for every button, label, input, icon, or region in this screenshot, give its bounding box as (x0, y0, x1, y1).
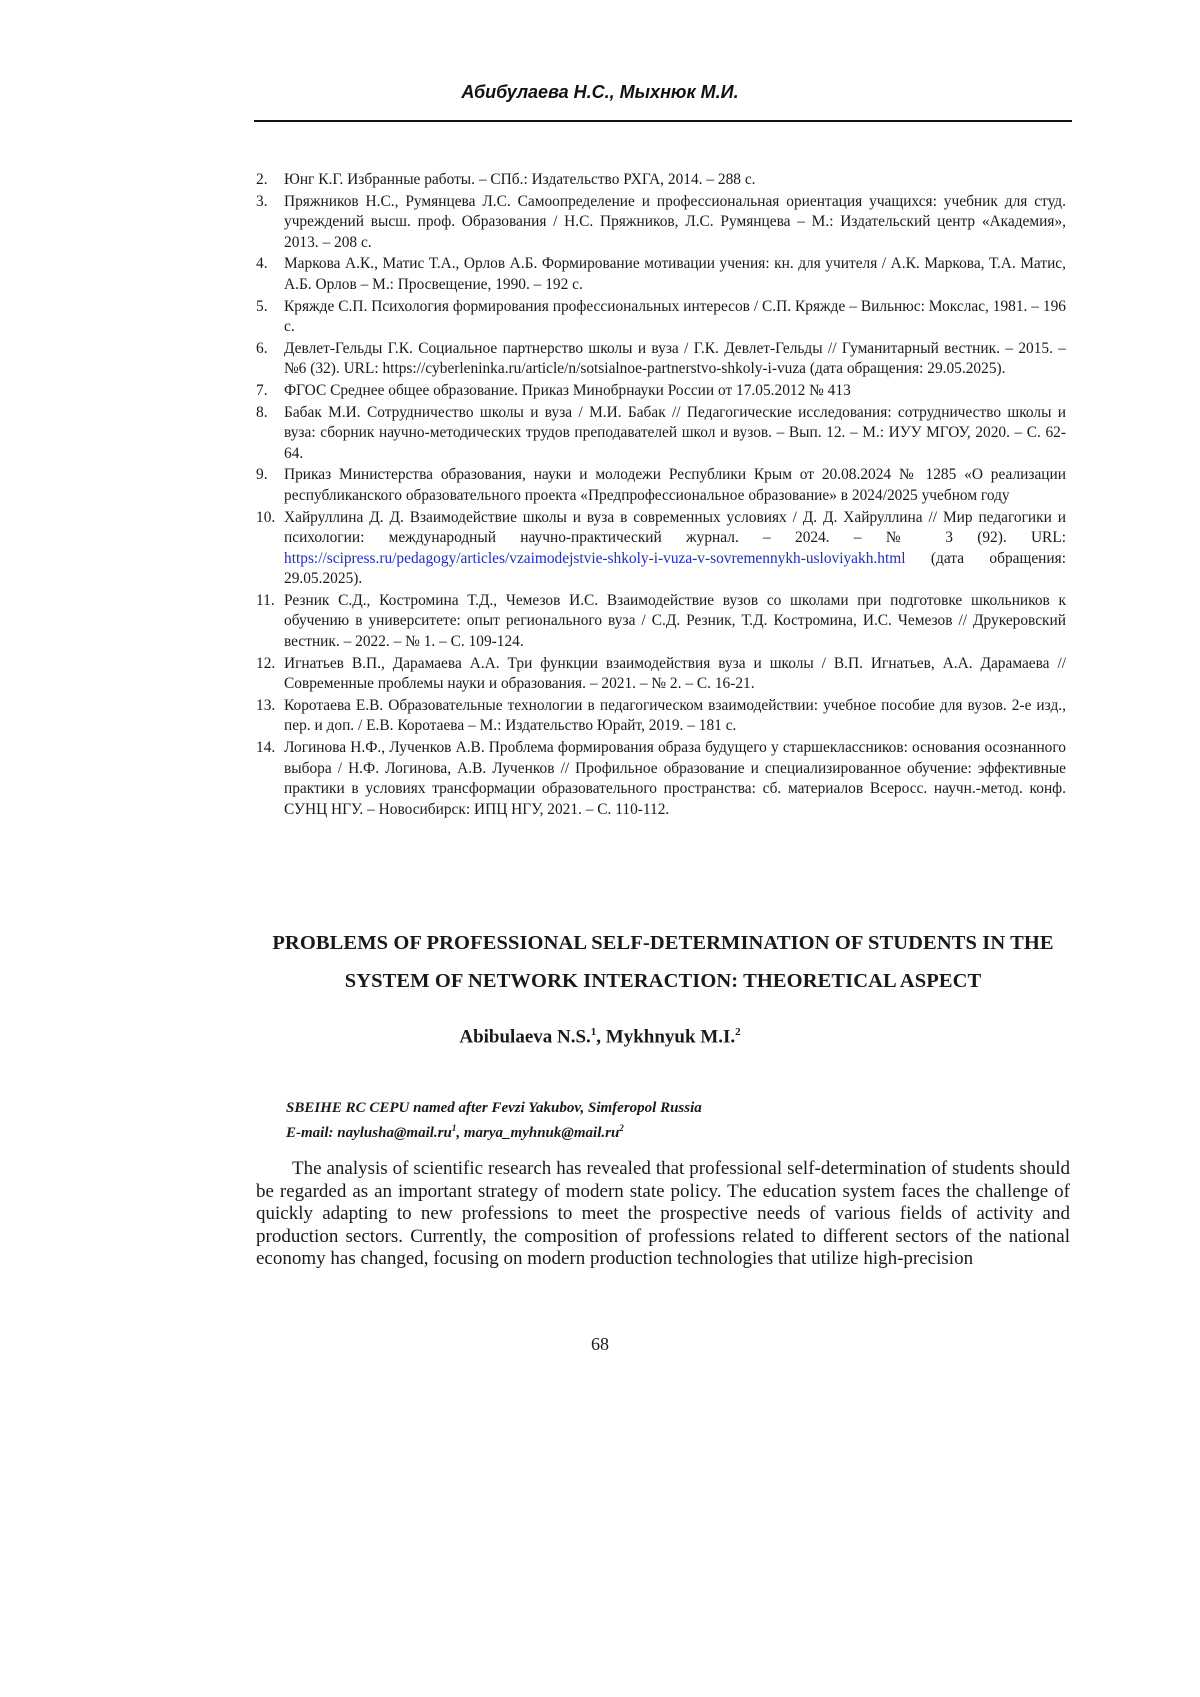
email-1: naylusha@mail.ru (337, 1125, 452, 1141)
reference-url-link[interactable]: https://scipress.ru/pedagogy/articles/vz… (284, 550, 905, 567)
article-title: PROBLEMS OF PROFESSIONAL SELF-DETERMINAT… (254, 924, 1072, 1000)
affiliation: SBEIHE RC CEPU named after Fevzi Yakubov… (286, 1098, 1046, 1118)
reference-item: 3.Пряжников Н.С., Румянцева Л.С. Самоопр… (256, 192, 1066, 254)
reference-item: 9.Приказ Министерства образования, науки… (256, 465, 1066, 506)
reference-item: 2.Юнг К.Г. Избранные работы. – СПб.: Изд… (256, 170, 1066, 191)
running-head: Абибулаева Н.С., Мыхнюк М.И. (0, 82, 1200, 103)
reference-item: 13.Коротаева Е.В. Образовательные технол… (256, 696, 1066, 737)
reference-item: 4.Маркова А.К., Матис Т.А., Орлов А.Б. Ф… (256, 254, 1066, 295)
article-authors: Abibulaeva N.S.1, Mykhnyuk M.I.2 (0, 1026, 1200, 1048)
reference-item: 14.Логинова Н.Ф., Лученков А.В. Проблема… (256, 738, 1066, 820)
reference-item: 5.Кряжде С.П. Психология формирования пр… (256, 297, 1066, 338)
reference-item: 10.Хайруллина Д. Д. Взаимодействие школы… (256, 508, 1066, 590)
reference-item: 11.Резник С.Д., Костромина Т.Д., Чемезов… (256, 591, 1066, 653)
reference-item: 8.Бабак М.И. Сотрудничество школы и вуза… (256, 403, 1066, 465)
reference-list: 2.Юнг К.Г. Избранные работы. – СПб.: Изд… (256, 170, 1066, 821)
reference-item: 12.Игнатьев В.П., Дарамаева А.А. Три фун… (256, 654, 1066, 695)
body-paragraph: The analysis of scientific research has … (256, 1158, 1070, 1271)
header-divider (254, 120, 1072, 122)
reference-item: 7.ФГОС Среднее общее образование. Приказ… (256, 381, 1066, 402)
email-line: E-mail: naylusha@mail.ru1, marya_myhnuk@… (286, 1118, 1046, 1143)
reference-item: 6.Девлет-Гельды Г.К. Социальное партнерс… (256, 339, 1066, 380)
page-number: 68 (0, 1334, 1200, 1355)
affiliation-block: SBEIHE RC CEPU named after Fevzi Yakubov… (286, 1098, 1046, 1143)
email-2: marya_myhnuk@mail.ru (464, 1125, 619, 1141)
